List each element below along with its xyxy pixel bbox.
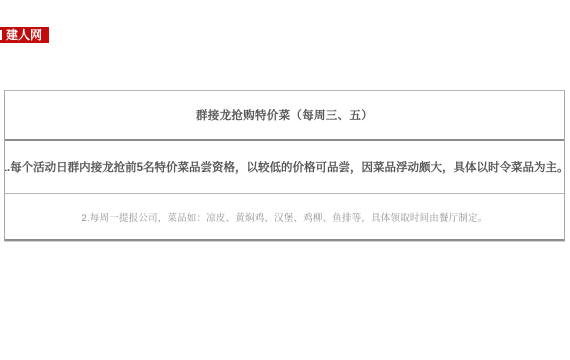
notice-rule-2-text: 2.每周一提报公司，菜品如：凉皮、黄焖鸡、汉堡、鸡柳、鱼排等，具体领取时间由餐厅… <box>81 210 487 224</box>
notice-title-row: 群接龙抢购特价菜（每周三、五） <box>5 91 564 141</box>
notice-rule-row-1: 1.每个活动日群内接龙抢前5名特价菜品尝资格，以较低的价格可品尝，因菜品浮动颇大… <box>5 141 564 194</box>
notice-rule-1-text: 1.每个活动日群内接龙抢前5名特价菜品尝资格，以较低的价格可品尝，因菜品浮动颇大… <box>5 159 564 175</box>
site-logo-text: 建人网 <box>6 28 42 42</box>
notice-table: 群接龙抢购特价菜（每周三、五） 1.每个活动日群内接龙抢前5名特价菜品尝资格，以… <box>4 90 565 241</box>
page: { "badge": { "label": "建人网", "background… <box>0 0 570 360</box>
notice-title: 群接龙抢购特价菜（每周三、五） <box>196 107 373 123</box>
site-logo-badge: 建人网 <box>0 27 49 43</box>
notice-rule-row-2: 2.每周一提报公司，菜品如：凉皮、黄焖鸡、汉堡、鸡柳、鱼排等，具体领取时间由餐厅… <box>5 194 564 241</box>
